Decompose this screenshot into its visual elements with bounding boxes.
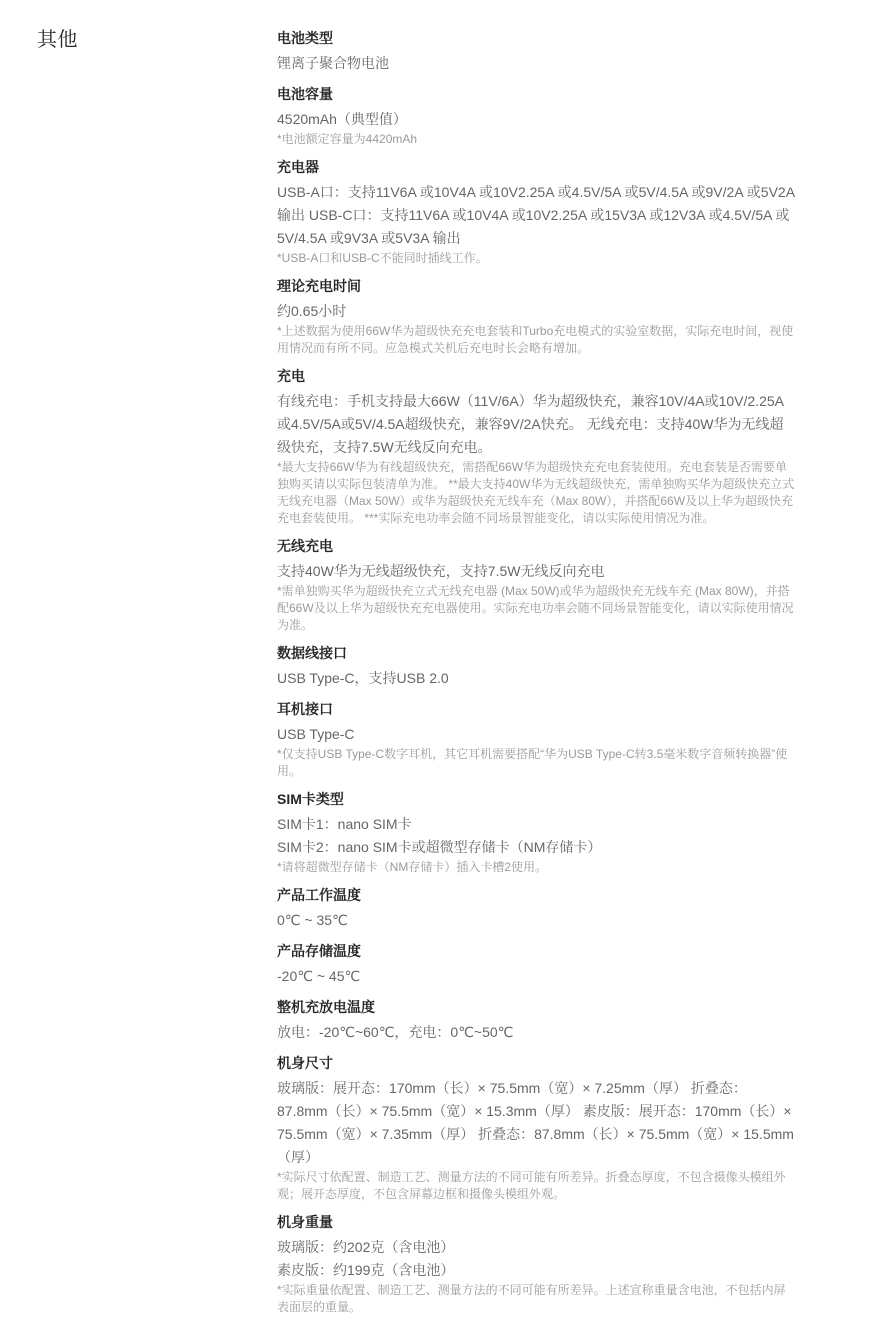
spec-item-value: USB-A口：支持11V6A 或10V4A 或10V2.25A 或4.5V/5A… [277, 181, 795, 250]
spec-item-note: *实际重量依配置、制造工艺、测量方法的不同可能有所差异。上述宣称重量含电池，不包… [277, 1282, 795, 1316]
spec-item: 无线充电支持40W华为无线超级快充，支持7.5W无线反向充电*需单独购买华为超级… [277, 536, 795, 634]
spec-item-note: *仅支持USB Type-C数字耳机，其它耳机需要搭配“华为USB Type-C… [277, 746, 795, 780]
spec-item-value: SIM卡2：nano SIM卡或超微型存储卡（NM存储卡） [277, 836, 795, 859]
spec-item-value: 玻璃版：约202克（含电池） [277, 1236, 795, 1259]
category-column: 其他 [37, 28, 277, 52]
spec-item: 数据线接口USB Type-C，支持USB 2.0 [277, 643, 795, 690]
spec-item-title: 电池容量 [277, 84, 795, 104]
spec-item-title: 产品工作温度 [277, 885, 795, 905]
spec-item-title: 充电 [277, 366, 795, 386]
spec-item-value: 支持40W华为无线超级快充，支持7.5W无线反向充电 [277, 560, 795, 583]
category-title: 其他 [37, 28, 277, 52]
spec-item-title: SIM卡类型 [277, 789, 795, 809]
spec-item-title: 整机充放电温度 [277, 997, 795, 1017]
spec-item: 电池容量4520mAh（典型值）*电池额定容量为4420mAh [277, 84, 795, 148]
spec-item-value: 锂离子聚合物电池 [277, 52, 795, 75]
spec-item: 理论充电时间约0.65小时*上述数据为使用66W华为超级快充充电套装和Turbo… [277, 276, 795, 357]
spec-item-value: USB Type-C [277, 723, 795, 746]
spec-item-title: 电池类型 [277, 28, 795, 48]
spec-item: 产品存储温度-20℃ ~ 45℃ [277, 941, 795, 988]
spec-item: 机身重量玻璃版：约202克（含电池）素皮版：约199克（含电池）*实际重量依配置… [277, 1212, 795, 1316]
spec-page: 其他 电池类型锂离子聚合物电池电池容量4520mAh（典型值）*电池额定容量为4… [0, 0, 880, 1337]
spec-item-note: *最大支持66W华为有线超级快充，需搭配66W华为超级快充充电套装使用。充电套装… [277, 459, 795, 527]
spec-item: 产品工作温度0℃ ~ 35℃ [277, 885, 795, 932]
spec-item-note: *需单独购买华为超级快充立式无线充电器 (Max 50W)或华为超级快充无线车充… [277, 583, 795, 634]
spec-item-title: 产品存储温度 [277, 941, 795, 961]
spec-item-title: 数据线接口 [277, 643, 795, 663]
spec-item-value: 4520mAh（典型值） [277, 108, 795, 131]
spec-item-title: 机身尺寸 [277, 1053, 795, 1073]
spec-item-value: 0℃ ~ 35℃ [277, 909, 795, 932]
spec-section-list: 电池类型锂离子聚合物电池电池容量4520mAh（典型值）*电池额定容量为4420… [277, 28, 795, 1325]
spec-item-title: 机身重量 [277, 1212, 795, 1232]
spec-item-value: -20℃ ~ 45℃ [277, 965, 795, 988]
spec-item-note: *请将超微型存储卡（NM存储卡）插入卡槽2使用。 [277, 859, 795, 876]
spec-item-value: 有线充电：手机支持最大66W（11V/6A）华为超级快充，兼容10V/4A或10… [277, 390, 795, 459]
spec-item: 电池类型锂离子聚合物电池 [277, 28, 795, 75]
spec-item-value: 约0.65小时 [277, 300, 795, 323]
spec-item: 机身尺寸玻璃版：展开态：170mm（长）× 75.5mm（宽）× 7.25mm（… [277, 1053, 795, 1203]
spec-item-value: USB Type-C，支持USB 2.0 [277, 667, 795, 690]
spec-item: 充电器USB-A口：支持11V6A 或10V4A 或10V2.25A 或4.5V… [277, 157, 795, 267]
spec-item-value: 放电：-20℃~60℃，充电：0℃~50℃ [277, 1021, 795, 1044]
spec-item-note: *USB-A口和USB-C不能同时插线工作。 [277, 250, 795, 267]
spec-item: SIM卡类型SIM卡1：nano SIM卡SIM卡2：nano SIM卡或超微型… [277, 789, 795, 876]
spec-item-value: 玻璃版：展开态：170mm（长）× 75.5mm（宽）× 7.25mm（厚） 折… [277, 1077, 795, 1169]
spec-item: 充电有线充电：手机支持最大66W（11V/6A）华为超级快充，兼容10V/4A或… [277, 366, 795, 527]
spec-item-note: *实际尺寸依配置、制造工艺、测量方法的不同可能有所差异。折叠态厚度，不包含摄像头… [277, 1169, 795, 1203]
spec-item-title: 耳机接口 [277, 699, 795, 719]
spec-item-value: 素皮版：约199克（含电池） [277, 1259, 795, 1282]
spec-item-note: *电池额定容量为4420mAh [277, 131, 795, 148]
spec-item-title: 理论充电时间 [277, 276, 795, 296]
spec-item-title: 无线充电 [277, 536, 795, 556]
spec-item: 耳机接口USB Type-C*仅支持USB Type-C数字耳机，其它耳机需要搭… [277, 699, 795, 780]
spec-item: 整机充放电温度放电：-20℃~60℃，充电：0℃~50℃ [277, 997, 795, 1044]
spec-item-title: 充电器 [277, 157, 795, 177]
spec-item-note: *上述数据为使用66W华为超级快充充电套装和Turbo充电模式的实验室数据，实际… [277, 323, 795, 357]
spec-item-value: SIM卡1：nano SIM卡 [277, 813, 795, 836]
